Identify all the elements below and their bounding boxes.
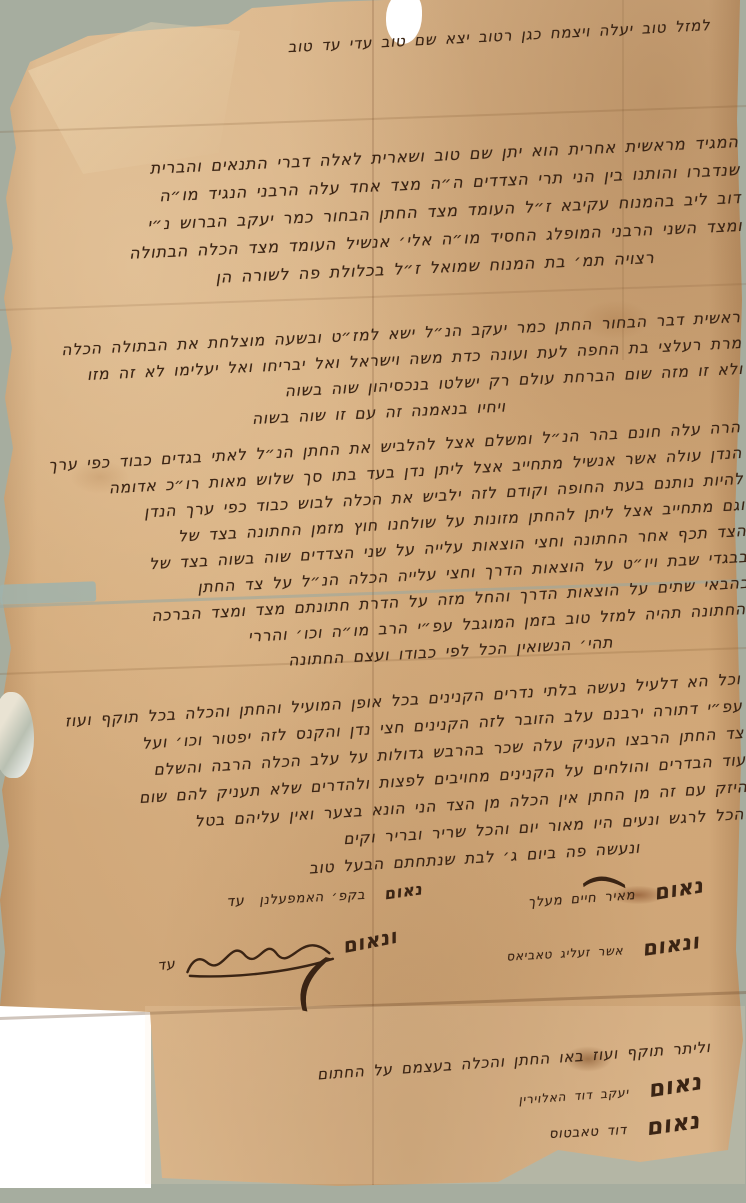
witness-suffix: עד xyxy=(226,893,245,910)
scan-background: למזל טוב יעלה ויצמח כגן רטוב יצא שם טוב … xyxy=(0,0,746,1203)
signature-label: ונאום xyxy=(340,923,399,957)
signature-label: נאום xyxy=(644,1108,701,1141)
signature-label: נאום xyxy=(383,879,424,903)
paragraph-3: הרה עלה חונם בהר הנ״ל ומשלם אצל להלביש א… xyxy=(7,414,746,689)
witness-suffix: עד xyxy=(157,956,177,974)
signature-name: דוד טאבטוס xyxy=(549,1123,628,1142)
white-gap-bottom-left xyxy=(0,1006,151,1188)
